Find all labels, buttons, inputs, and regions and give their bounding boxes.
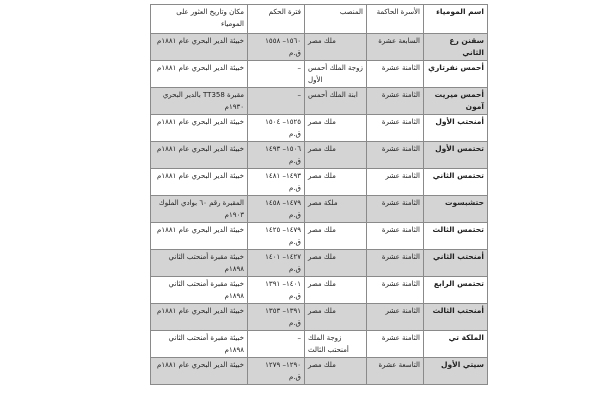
- cell-reign: ١٤٠١– ١٣٩١ق.م: [248, 277, 305, 304]
- cell-reign: ١٥٠٦– ١٤٩٣ق.م: [248, 142, 305, 169]
- cell-reign: ١٤٢٧– ١٤٠١ق.م: [248, 250, 305, 277]
- table-row: تحتمس الثانيالثامنة عشرملك مصر١٤٩٣– ١٤٨١…: [151, 169, 488, 196]
- header-reign: فترة الحكم: [248, 5, 305, 34]
- table-row: أمنحتب الأولالثامنة عشرةملك مصر١٥٢٥– ١٥٠…: [151, 115, 488, 142]
- reign-years: ١٤٩٣– ١٤٨١: [251, 170, 301, 182]
- cell-dynasty: الثامنة عشر: [367, 304, 424, 331]
- reign-years: ١٥٦٠– ١٥٥٨: [251, 35, 301, 47]
- table-row: تحتمس الثالثالثامنة عشرةملك مصر١٤٧٩– ١٤٢…: [151, 223, 488, 250]
- reign-era: ق.م: [251, 182, 301, 194]
- table-row: أحمس نفرتاريالثامنة عشرةزوجة الملك أحمس …: [151, 61, 488, 88]
- cell-location: خبيئة الدير البحري عام ١٨٨١م: [151, 61, 248, 88]
- reign-era: ق.م: [251, 317, 301, 329]
- reign-years: –: [251, 332, 301, 344]
- reign-years: ١٥٠٦– ١٤٩٣: [251, 143, 301, 155]
- cell-title: ابنة الملك أحمس: [305, 88, 367, 115]
- cell-reign: –: [248, 61, 305, 88]
- reign-years: –: [251, 62, 301, 74]
- cell-title: ملك مصر: [305, 169, 367, 196]
- reign-years: ١٥٢٥– ١٥٠٤: [251, 116, 301, 128]
- cell-name: الملكة تي: [424, 331, 488, 358]
- cell-name: تحتمس الثاني: [424, 169, 488, 196]
- cell-reign: –: [248, 88, 305, 115]
- cell-location: خبيئة الدير البحري عام ١٨٨١م: [151, 142, 248, 169]
- header-location: مكان وتاريخ العثور على المومياء: [151, 5, 248, 34]
- cell-title: ملك مصر: [305, 115, 367, 142]
- reign-era: ق.م: [251, 236, 301, 248]
- cell-location: خبيئة الدير البحري عام ١٨٨١م: [151, 115, 248, 142]
- cell-title: ملك مصر: [305, 34, 367, 61]
- cell-name: أحمس ميريت آمون: [424, 88, 488, 115]
- cell-dynasty: التاسعة عشرة: [367, 358, 424, 385]
- cell-name: تحتمس الثالث: [424, 223, 488, 250]
- cell-dynasty: الثامنة عشرة: [367, 277, 424, 304]
- cell-dynasty: الثامنة عشرة: [367, 196, 424, 223]
- cell-location: خبيئة الدير البحري عام ١٨٨١م: [151, 304, 248, 331]
- cell-dynasty: الثامنة عشرة: [367, 142, 424, 169]
- cell-reign: ١٤٩٣– ١٤٨١ق.م: [248, 169, 305, 196]
- table-row: سيتي الأولالتاسعة عشرةملك مصر١٢٩٠– ١٢٧٩ق…: [151, 358, 488, 385]
- cell-location: خبيئة مقبرة أمنحتب الثاني ١٨٩٨م: [151, 250, 248, 277]
- reign-era: ق.م: [251, 263, 301, 275]
- reign-era: ق.م: [251, 47, 301, 59]
- reign-years: –: [251, 89, 301, 101]
- table-row: حتشبسوتالثامنة عشرةملكة مصر١٤٧٩– ١٤٥٨ق.م…: [151, 196, 488, 223]
- table-row: أمنحتب الثانيالثامنة عشرةملك مصر١٤٢٧– ١٤…: [151, 250, 488, 277]
- reign-years: ١٤٢٧– ١٤٠١: [251, 251, 301, 263]
- table-row: تحتمس الأولالثامنة عشرةملك مصر١٥٠٦– ١٤٩٣…: [151, 142, 488, 169]
- cell-location: خبيئة مقبرة أمنحتب الثاني ١٨٩٨م: [151, 277, 248, 304]
- cell-dynasty: الثامنة عشرة: [367, 223, 424, 250]
- cell-reign: ١٤٧٩– ١٤٥٨ق.م: [248, 196, 305, 223]
- cell-dynasty: الثامنة عشرة: [367, 88, 424, 115]
- cell-dynasty: الثامنة عشرة: [367, 115, 424, 142]
- cell-location: المقبرة رقم ٦٠ بوادي الملوك ١٩٠٣م: [151, 196, 248, 223]
- header-dynasty: الأسرة الحاكمة: [367, 5, 424, 34]
- table-row: أمنحتب الثالثالثامنة عشرملك مصر١٣٩١– ١٣٥…: [151, 304, 488, 331]
- cell-name: حتشبسوت: [424, 196, 488, 223]
- cell-reign: ١٥٢٥– ١٥٠٤ق.م: [248, 115, 305, 142]
- cell-reign: ١٥٦٠– ١٥٥٨ق.م: [248, 34, 305, 61]
- header-name: اسم المومياء: [424, 5, 488, 34]
- cell-title: ملك مصر: [305, 358, 367, 385]
- cell-reign: ١٢٩٠– ١٢٧٩ق.م: [248, 358, 305, 385]
- cell-title: زوجة الملك أمنحتب الثالث: [305, 331, 367, 358]
- cell-name: سيتي الأول: [424, 358, 488, 385]
- table-row: سقنن رع الثانيالسابعة عشرةملك مصر١٥٦٠– ١…: [151, 34, 488, 61]
- cell-dynasty: الثامنة عشرة: [367, 61, 424, 88]
- reign-era: ق.م: [251, 128, 301, 140]
- cell-dynasty: الثامنة عشرة: [367, 250, 424, 277]
- cell-reign: –: [248, 331, 305, 358]
- mummies-table: اسم المومياء الأسرة الحاكمة المنصب فترة …: [150, 4, 488, 385]
- reign-era: ق.م: [251, 209, 301, 221]
- cell-dynasty: الثامنة عشرة: [367, 331, 424, 358]
- reign-years: ١٤٠١– ١٣٩١: [251, 278, 301, 290]
- cell-title: ملكة مصر: [305, 196, 367, 223]
- cell-name: سقنن رع الثاني: [424, 34, 488, 61]
- reign-years: ١٤٧٩– ١٤٢٥: [251, 224, 301, 236]
- cell-title: ملك مصر: [305, 304, 367, 331]
- cell-location: خبيئة الدير البحري عام ١٨٨١م: [151, 34, 248, 61]
- cell-location: خبيئة مقبرة أمنحتب الثاني ١٨٩٨م: [151, 331, 248, 358]
- cell-location: مقبرة TT358 بالدير البحري ١٩٣٠م: [151, 88, 248, 115]
- cell-name: أمنحتب الثاني: [424, 250, 488, 277]
- table-row: تحتمس الرابعالثامنة عشرةملك مصر١٤٠١– ١٣٩…: [151, 277, 488, 304]
- cell-location: خبيئة الدير البحري عام ١٨٨١م: [151, 358, 248, 385]
- cell-name: تحتمس الرابع: [424, 277, 488, 304]
- header-row: اسم المومياء الأسرة الحاكمة المنصب فترة …: [151, 5, 488, 34]
- reign-years: ١٤٧٩– ١٤٥٨: [251, 197, 301, 209]
- cell-name: أمنحتب الأول: [424, 115, 488, 142]
- cell-name: أمنحتب الثالث: [424, 304, 488, 331]
- header-title: المنصب: [305, 5, 367, 34]
- cell-location: خبيئة الدير البحري عام ١٨٨١م: [151, 169, 248, 196]
- table-row: أحمس ميريت آمونالثامنة عشرةابنة الملك أح…: [151, 88, 488, 115]
- cell-name: أحمس نفرتاري: [424, 61, 488, 88]
- reign-years: ١٣٩١– ١٣٥٣: [251, 305, 301, 317]
- cell-name: تحتمس الأول: [424, 142, 488, 169]
- cell-title: ملك مصر: [305, 223, 367, 250]
- reign-era: ق.م: [251, 290, 301, 302]
- cell-title: زوجة الملك أحمس الأول: [305, 61, 367, 88]
- table-row: الملكة تيالثامنة عشرةزوجة الملك أمنحتب ا…: [151, 331, 488, 358]
- reign-era: ق.م: [251, 155, 301, 167]
- reign-era: ق.م: [251, 371, 301, 383]
- cell-title: ملك مصر: [305, 250, 367, 277]
- cell-title: ملك مصر: [305, 142, 367, 169]
- cell-location: خبيئة الدير البحري عام ١٨٨١م: [151, 223, 248, 250]
- cell-title: ملك مصر: [305, 277, 367, 304]
- cell-reign: ١٤٧٩– ١٤٢٥ق.م: [248, 223, 305, 250]
- reign-years: ١٢٩٠– ١٢٧٩: [251, 359, 301, 371]
- cell-reign: ١٣٩١– ١٣٥٣ق.م: [248, 304, 305, 331]
- cell-dynasty: الثامنة عشر: [367, 169, 424, 196]
- cell-dynasty: السابعة عشرة: [367, 34, 424, 61]
